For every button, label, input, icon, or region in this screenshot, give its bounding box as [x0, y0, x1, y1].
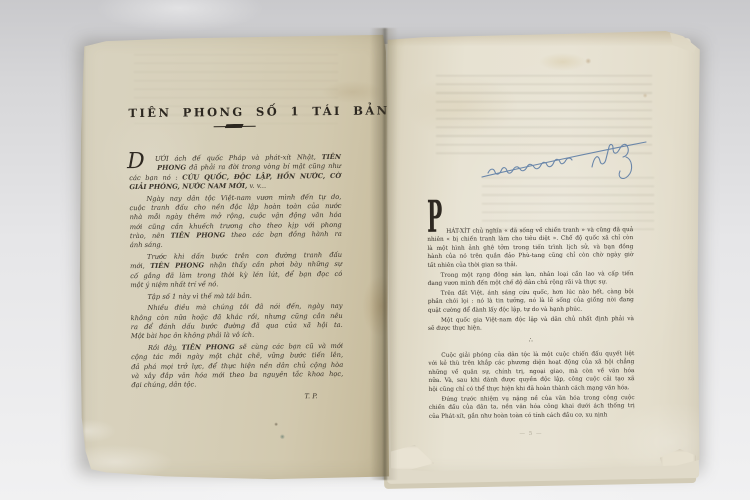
text-line: đang vươn mình đến một chế độ dân chủ rộ…: [428, 278, 634, 288]
author-initials: T. P.: [131, 392, 343, 404]
text-line: hội cũng chỉ có thể thực hiện khi đã hoà…: [429, 384, 635, 394]
text-line: hành của nó trên quần đảo Phù-tang cũng …: [427, 251, 633, 261]
drop-cap-D: D: [127, 151, 145, 173]
text-line: ánh sáng.: [130, 239, 342, 251]
photo-of-open-booklet: TIÊN PHONG SỐ 1 TÁI BẢN D ƯỚI ách đế quố…: [0, 0, 750, 500]
page-number: — 5 —: [428, 431, 634, 437]
drop-cap-P: P: [427, 198, 443, 238]
signature-letters-stroke: [592, 144, 628, 167]
signature-tail-stroke: [619, 157, 631, 178]
handwritten-signature-ink: [474, 119, 664, 191]
title-divider: [214, 123, 256, 130]
left-page-text: D ƯỚI ách đế quốc Pháp và phát-xít Nhật,…: [129, 153, 343, 391]
signature-underline-stroke: [482, 142, 646, 177]
worn-corner: [386, 445, 434, 471]
text-line: Một bài học ôn không phải là vô ích.: [131, 330, 343, 342]
text-line: GIẢI PHÓNG, NƯỚC NAM MỚI, v. v...: [129, 181, 341, 193]
page-title: TIÊN PHONG SỐ 1 TÁI BẢN: [128, 105, 340, 120]
text-line: ∴: [428, 335, 634, 345]
left-page: TIÊN PHONG SỐ 1 TÁI BẢN D ƯỚI ách đế quố…: [78, 34, 390, 480]
text-line: tất nhiên của thời gian sa thải.: [427, 260, 633, 270]
text-line: quật cường để đành lấy độc lập, tự do và…: [428, 305, 634, 315]
right-page: P HÁT-XÍT chủ nghĩa « đã sống về chiến t…: [386, 31, 702, 473]
booklet: TIÊN PHONG SỐ 1 TÁI BẢN D ƯỚI ách đế quố…: [70, 28, 710, 480]
text-line: sẽ được thực hiện.: [428, 323, 634, 333]
text-line: của Phát-xít, gần như hoàn toàn có tính …: [429, 411, 635, 421]
right-page-text: P HÁT-XÍT chủ nghĩa « đã sống về chiến t…: [427, 226, 635, 421]
left-page-content: TIÊN PHONG SỐ 1 TÁI BẢN D ƯỚI ách đế quố…: [128, 105, 343, 403]
text-line: Tập số 1 này vì thế mà tái bản.: [130, 291, 342, 303]
text-line: đại chúng, dân tộc.: [131, 379, 343, 391]
text-line: một ý niệm nhất trí về nó.: [130, 279, 342, 291]
